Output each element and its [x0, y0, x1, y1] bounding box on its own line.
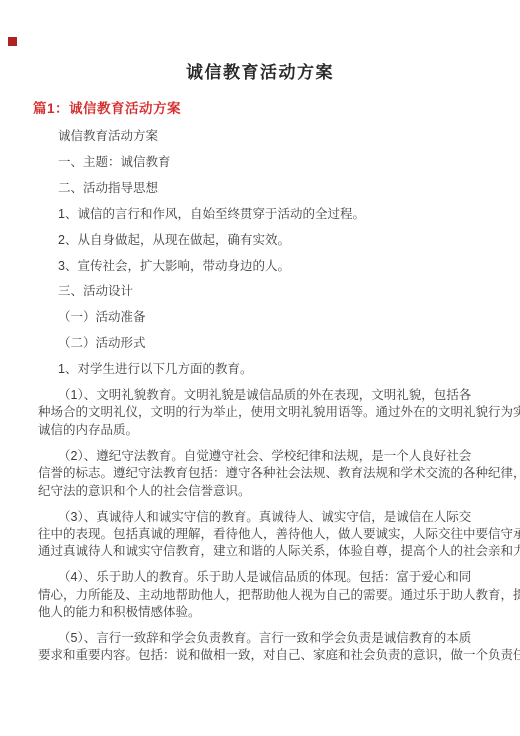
text-line: 诚信的内存品质。 [38, 422, 490, 439]
text-line: 三、活动设计 [38, 284, 133, 298]
text-line: （4）、乐于助人的教育。乐于助人是诚信品质的体现。包括：富于爱心和同 [38, 569, 490, 586]
text-line: （一）活动准备 [38, 310, 146, 324]
paragraph: （一）活动准备 [38, 309, 490, 326]
section-heading: 篇1：诚信教育活动方案 [0, 84, 520, 117]
text-line: 二、活动指导思想 [38, 181, 158, 195]
document-page: 诚信教育活动方案 篇1：诚信教育活动方案 诚信教育活动方案 一、主题：诚信教育 … [0, 0, 520, 736]
text-line: 2、从自身做起，从现在做起，确有实效。 [38, 233, 290, 247]
text-line: 纪守法的意识和个人的社会信誉意识。 [38, 483, 490, 500]
text-line: （3）、真诚待人和诚实守信的教育。真诚待人、诚实守信，是诚信在人际交 [38, 509, 490, 526]
red-square-marker-icon [8, 37, 17, 46]
page-title: 诚信教育活动方案 [0, 0, 520, 84]
paragraph: 2、从自身做起，从现在做起，确有实效。 [38, 232, 490, 249]
text-line: 3、宣传社会，扩大影响，带动身边的人。 [38, 259, 290, 273]
text-line: 要求和重要内容。包括：说和做相一致，对自己、家庭和社会负责的意识，做一个负责任的… [38, 647, 490, 664]
text-line: （2）、遵纪守法教育。自觉遵守社会、学校纪律和法规，是一个人良好社会 [38, 448, 490, 465]
paragraph: 1、诚信的言行和作风，自始至终贯穿于活动的全过程。 [38, 206, 490, 223]
text-line: 一、主题：诚信教育 [38, 155, 171, 169]
text-line: 情心，力所能及、主动地帮助他人，把帮助他人视为自己的需要。通过乐于助人教育，提高… [38, 587, 490, 604]
paragraph: 3、宣传社会，扩大影响，带动身边的人。 [38, 258, 490, 275]
paragraph: 1、对学生进行以下几方面的教育。 [38, 361, 490, 378]
text-line: 1、对学生进行以下几方面的教育。 [38, 362, 252, 376]
text-line: 通过真诚待人和诚实守信教育，建立和谐的人际关系，体验自尊，提高个人的社会亲和力。 [38, 543, 490, 560]
text-line: 诚信教育活动方案 [38, 129, 158, 143]
text-line: 信誉的标志。遵纪守法教育包括：遵守各种社会法规、教育法规和学术交流的各种纪律，培… [38, 465, 490, 482]
document-body: 诚信教育活动方案 一、主题：诚信教育 二、活动指导思想 1、诚信的言行和作风，自… [0, 117, 520, 665]
paragraph: 三、活动设计 [38, 283, 490, 300]
text-line: （二）活动形式 [38, 336, 146, 350]
text-line: 往中的表现。包括真诚的理解，看待他人，善待他人，做人要诚实，人际交往中要信守承诺… [38, 526, 490, 543]
text-line: 他人的能力和积极情感体验。 [38, 604, 490, 621]
text-line: 1、诚信的言行和作风，自始至终贯穿于活动的全过程。 [38, 207, 365, 221]
text-line: 种场合的文明礼仪，文明的行为举止，使用文明礼貌用语等。通过外在的文明礼貌行为实践… [38, 404, 490, 421]
paragraph: 一、主题：诚信教育 [38, 154, 490, 171]
text-line: （1）、文明礼貌教育。文明礼貌是诚信品质的外在表现，文明礼貌，包括各 [38, 387, 490, 404]
paragraph: （二）活动形式 [38, 335, 490, 352]
paragraph: 二、活动指导思想 [38, 180, 490, 197]
text-line: （5）、言行一致辞和学会负责教育。言行一致和学会负责是诚信教育的本质 [38, 630, 490, 647]
paragraph: 诚信教育活动方案 [38, 128, 490, 145]
